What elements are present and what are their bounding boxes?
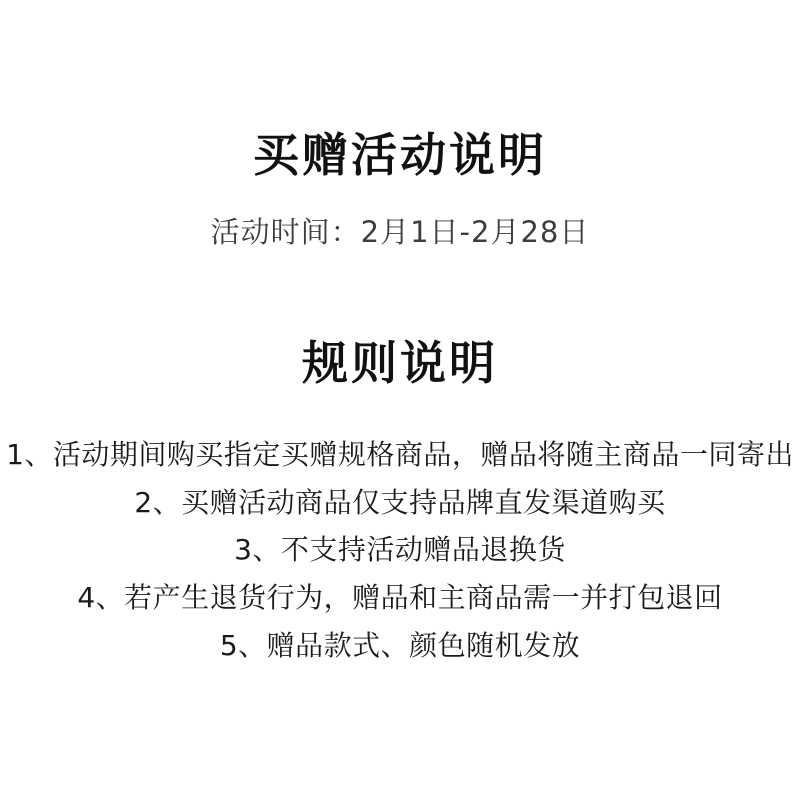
activity-time-text: 活动时间：2月1日-2月28日 — [211, 215, 590, 250]
rule-item-1: 1、活动期间购买指定买赠规格商品，赠品将随主商品一同寄出 — [0, 431, 800, 479]
rule-item-5: 5、赠品款式、颜色随机发放 — [0, 622, 800, 670]
page-title: 买赠活动说明 — [253, 128, 547, 183]
rule-item-4: 4、若产生退货行为，赠品和主商品需一并打包退回 — [0, 574, 800, 622]
promo-notice: 买赠活动说明 活动时间：2月1日-2月28日 规则说明 1、活动期间购买指定买赠… — [0, 0, 800, 800]
rules-section-title: 规则说明 — [302, 336, 498, 391]
rule-item-3: 3、不支持活动赠品退换货 — [0, 526, 800, 574]
rule-item-2: 2、买赠活动商品仅支持品牌直发渠道购买 — [0, 479, 800, 527]
rules-list: 1、活动期间购买指定买赠规格商品，赠品将随主商品一同寄出 2、买赠活动商品仅支持… — [0, 431, 800, 669]
